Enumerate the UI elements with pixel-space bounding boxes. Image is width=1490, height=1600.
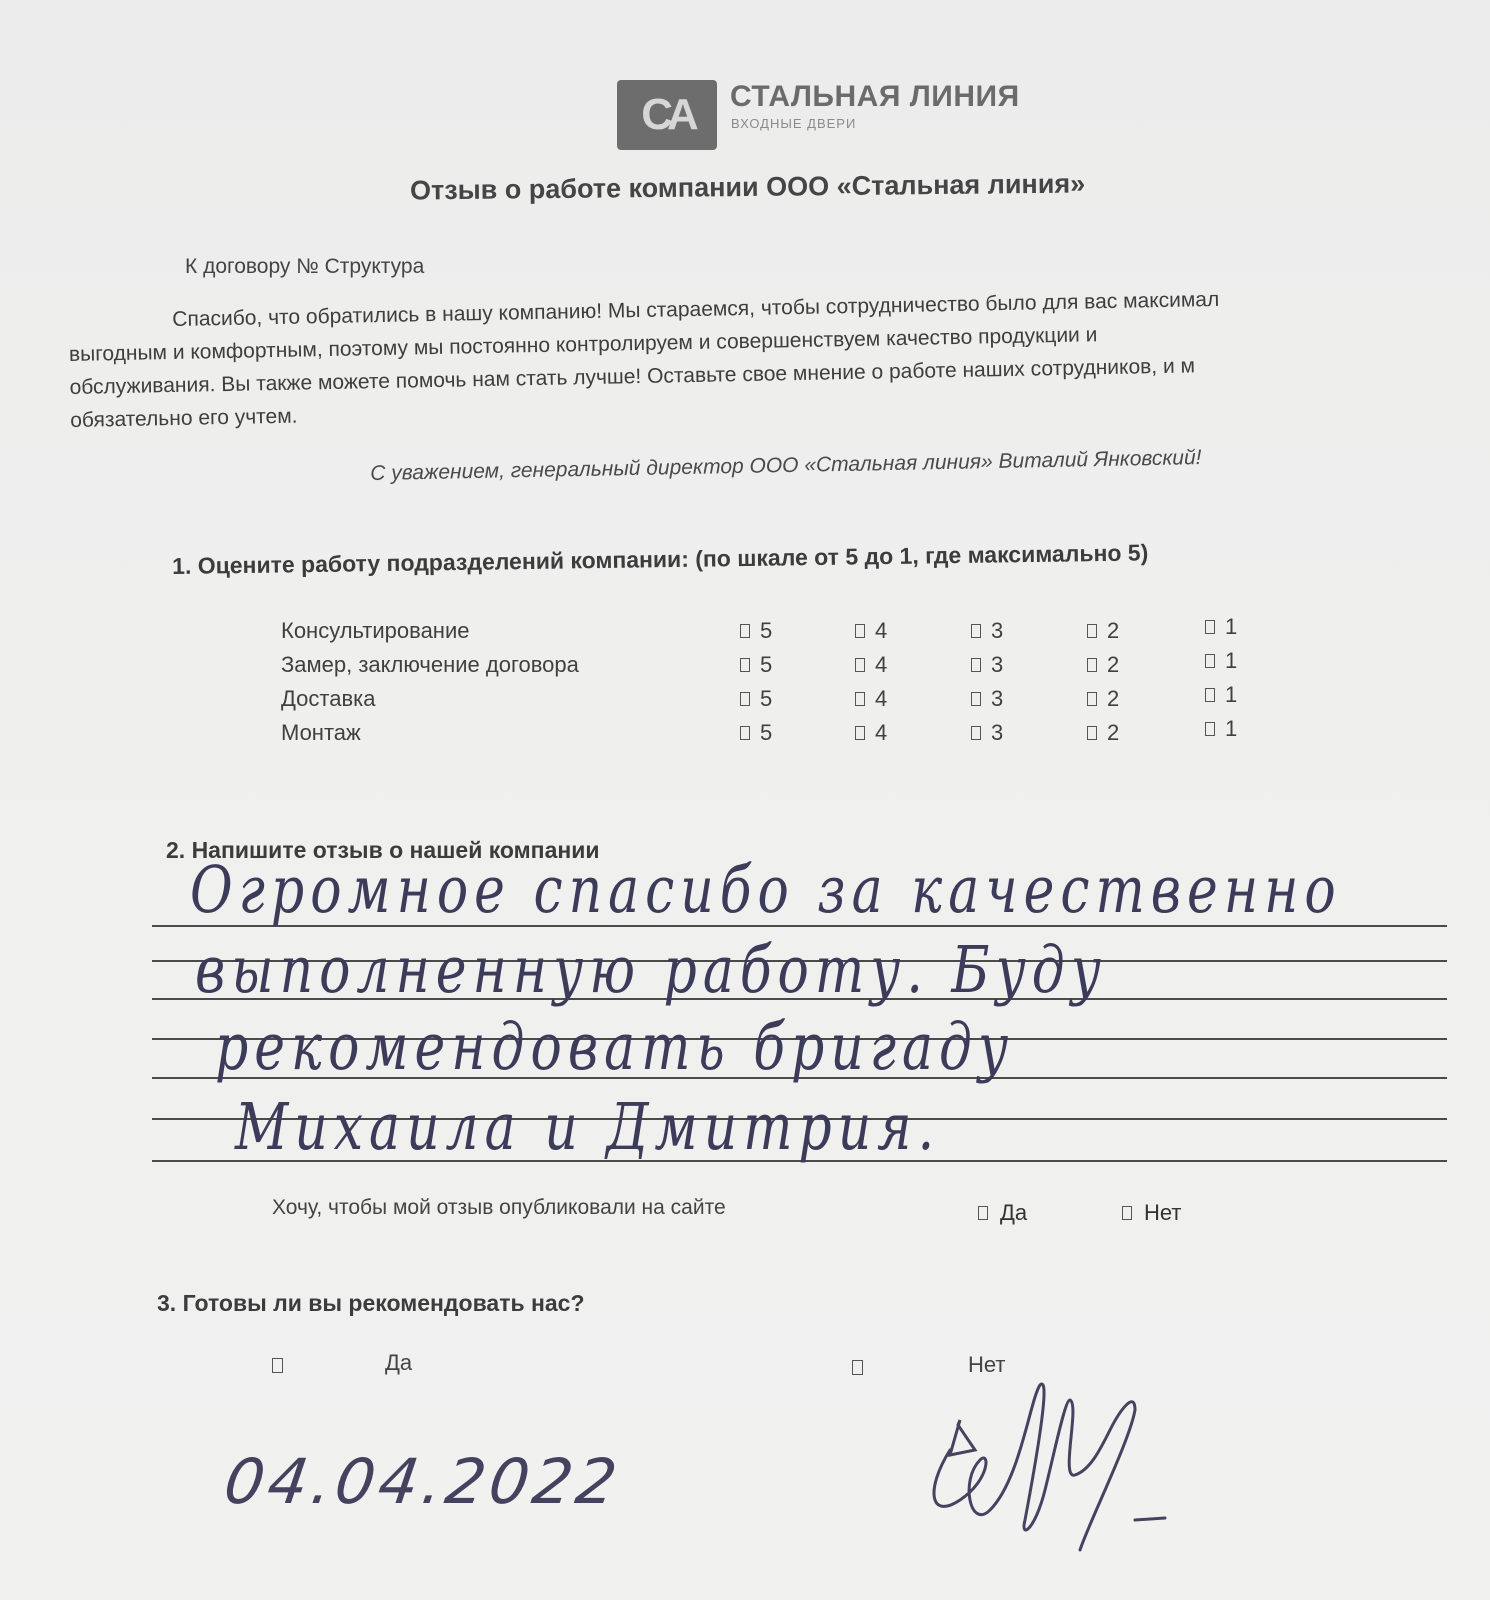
- section1-title: 1. Оцените работу подразделений компании…: [172, 539, 1148, 580]
- rating-value: 3: [991, 618, 1003, 644]
- rating-option-4[interactable]: 4: [855, 720, 887, 746]
- rating-option-4[interactable]: 4: [855, 652, 887, 678]
- rating-option-5[interactable]: 5: [740, 686, 772, 712]
- rating-value: 4: [875, 686, 887, 712]
- feedback-form-page: CA СТАЛЬНАЯ ЛИНИЯ ВХОДНЫЕ ДВЕРИ Отзыв о …: [0, 0, 1490, 1600]
- rating-option-5[interactable]: 5: [740, 618, 772, 644]
- rating-checkbox[interactable]: [855, 658, 865, 672]
- publish-yes-label: Да: [1000, 1200, 1027, 1226]
- rating-value: 3: [991, 686, 1003, 712]
- company-tagline: ВХОДНЫЕ ДВЕРИ: [731, 116, 856, 131]
- rating-checkbox[interactable]: [971, 624, 981, 638]
- rating-checkbox[interactable]: [740, 726, 750, 740]
- rating-row-label: Замер, заключение договора: [281, 652, 579, 678]
- rating-value: 4: [875, 652, 887, 678]
- rating-option-5[interactable]: 5: [740, 652, 772, 678]
- rating-option-5[interactable]: 5: [740, 720, 772, 746]
- rating-checkbox[interactable]: [1087, 624, 1097, 638]
- rating-checkbox[interactable]: [740, 692, 750, 706]
- rating-value: 2: [1107, 618, 1119, 644]
- rating-value: 5: [760, 618, 772, 644]
- handwritten-review-line: рекомендовать бригаду: [215, 1010, 1014, 1085]
- rating-checkbox[interactable]: [855, 726, 865, 740]
- recommend-no-label: Нет: [968, 1352, 1005, 1378]
- rating-option-2[interactable]: 2: [1087, 720, 1119, 746]
- rating-option-1[interactable]: 1: [1205, 614, 1237, 640]
- rating-value: 2: [1107, 652, 1119, 678]
- rating-value: 4: [875, 618, 887, 644]
- document-title: Отзыв о работе компании ООО «Стальная ли…: [410, 168, 1085, 206]
- rating-value: 1: [1225, 716, 1237, 742]
- rating-value: 2: [1107, 686, 1119, 712]
- recommend-yes-label: Да: [385, 1350, 412, 1376]
- company-logo: CA: [617, 80, 717, 150]
- recommend-no-checkbox[interactable]: [852, 1360, 863, 1375]
- publish-no-option[interactable]: Нет: [1122, 1200, 1181, 1226]
- rating-value: 5: [760, 652, 772, 678]
- rating-row-label: Монтаж: [281, 720, 361, 746]
- handwritten-date: 04.04.2022: [220, 1445, 625, 1518]
- rating-checkbox[interactable]: [855, 624, 865, 638]
- rating-checkbox[interactable]: [971, 692, 981, 706]
- intro-paragraph: Спасибо, что обратились в нашу компанию!…: [68, 277, 1490, 437]
- rating-value: 4: [875, 720, 887, 746]
- rating-row-label: Консультирование: [281, 618, 469, 644]
- rating-row-label: Доставка: [281, 686, 375, 712]
- rating-value: 2: [1107, 720, 1119, 746]
- rating-option-4[interactable]: 4: [855, 686, 887, 712]
- company-name: СТАЛЬНАЯ ЛИНИЯ: [730, 80, 1020, 114]
- rating-option-2[interactable]: 2: [1087, 686, 1119, 712]
- rating-checkbox[interactable]: [1205, 620, 1215, 634]
- rating-checkbox[interactable]: [971, 658, 981, 672]
- handwritten-review-line: выполненную работу. Буду: [195, 933, 1107, 1008]
- director-signoff: С уважением, генеральный директор ООО «С…: [370, 446, 1202, 486]
- rating-value: 3: [991, 720, 1003, 746]
- publish-no-label: Нет: [1144, 1200, 1181, 1226]
- signature-icon: [920, 1380, 1180, 1570]
- handwritten-review-line: Михаила и Дмитрия.: [235, 1090, 940, 1165]
- handwritten-review-line: Огромное спасибо за качественно: [190, 853, 1342, 928]
- rating-value: 1: [1225, 648, 1237, 674]
- rating-checkbox[interactable]: [971, 726, 981, 740]
- publish-no-checkbox[interactable]: [1122, 1206, 1132, 1220]
- rating-value: 3: [991, 652, 1003, 678]
- contract-reference: К договору № Структура: [185, 255, 424, 279]
- rating-checkbox[interactable]: [855, 692, 865, 706]
- publish-yes-option[interactable]: Да: [978, 1200, 1027, 1226]
- rating-checkbox[interactable]: [1205, 654, 1215, 668]
- rating-option-1[interactable]: 1: [1205, 682, 1237, 708]
- rating-option-3[interactable]: 3: [971, 686, 1003, 712]
- rating-value: 1: [1225, 614, 1237, 640]
- publish-consent-label: Хочу, чтобы мой отзыв опубликовали на са…: [272, 1196, 726, 1220]
- rating-checkbox[interactable]: [740, 624, 750, 638]
- rating-checkbox[interactable]: [740, 658, 750, 672]
- rating-checkbox[interactable]: [1205, 722, 1215, 736]
- rating-checkbox[interactable]: [1087, 726, 1097, 740]
- rating-checkbox[interactable]: [1087, 658, 1097, 672]
- rating-option-1[interactable]: 1: [1205, 716, 1237, 742]
- rating-checkbox[interactable]: [1087, 692, 1097, 706]
- publish-yes-checkbox[interactable]: [978, 1206, 988, 1220]
- rating-option-2[interactable]: 2: [1087, 652, 1119, 678]
- rating-value: 5: [760, 720, 772, 746]
- rating-value: 5: [760, 686, 772, 712]
- recommend-yes-checkbox[interactable]: [272, 1358, 283, 1373]
- rating-option-3[interactable]: 3: [971, 652, 1003, 678]
- section3-title: 3. Готовы ли вы рекомендовать нас?: [157, 1290, 585, 1317]
- rating-option-1[interactable]: 1: [1205, 648, 1237, 674]
- rating-option-4[interactable]: 4: [855, 618, 887, 644]
- rating-value: 1: [1225, 682, 1237, 708]
- logo-mark-icon: CA: [641, 90, 693, 140]
- rating-option-2[interactable]: 2: [1087, 618, 1119, 644]
- rating-checkbox[interactable]: [1205, 688, 1215, 702]
- rating-option-3[interactable]: 3: [971, 720, 1003, 746]
- rating-option-3[interactable]: 3: [971, 618, 1003, 644]
